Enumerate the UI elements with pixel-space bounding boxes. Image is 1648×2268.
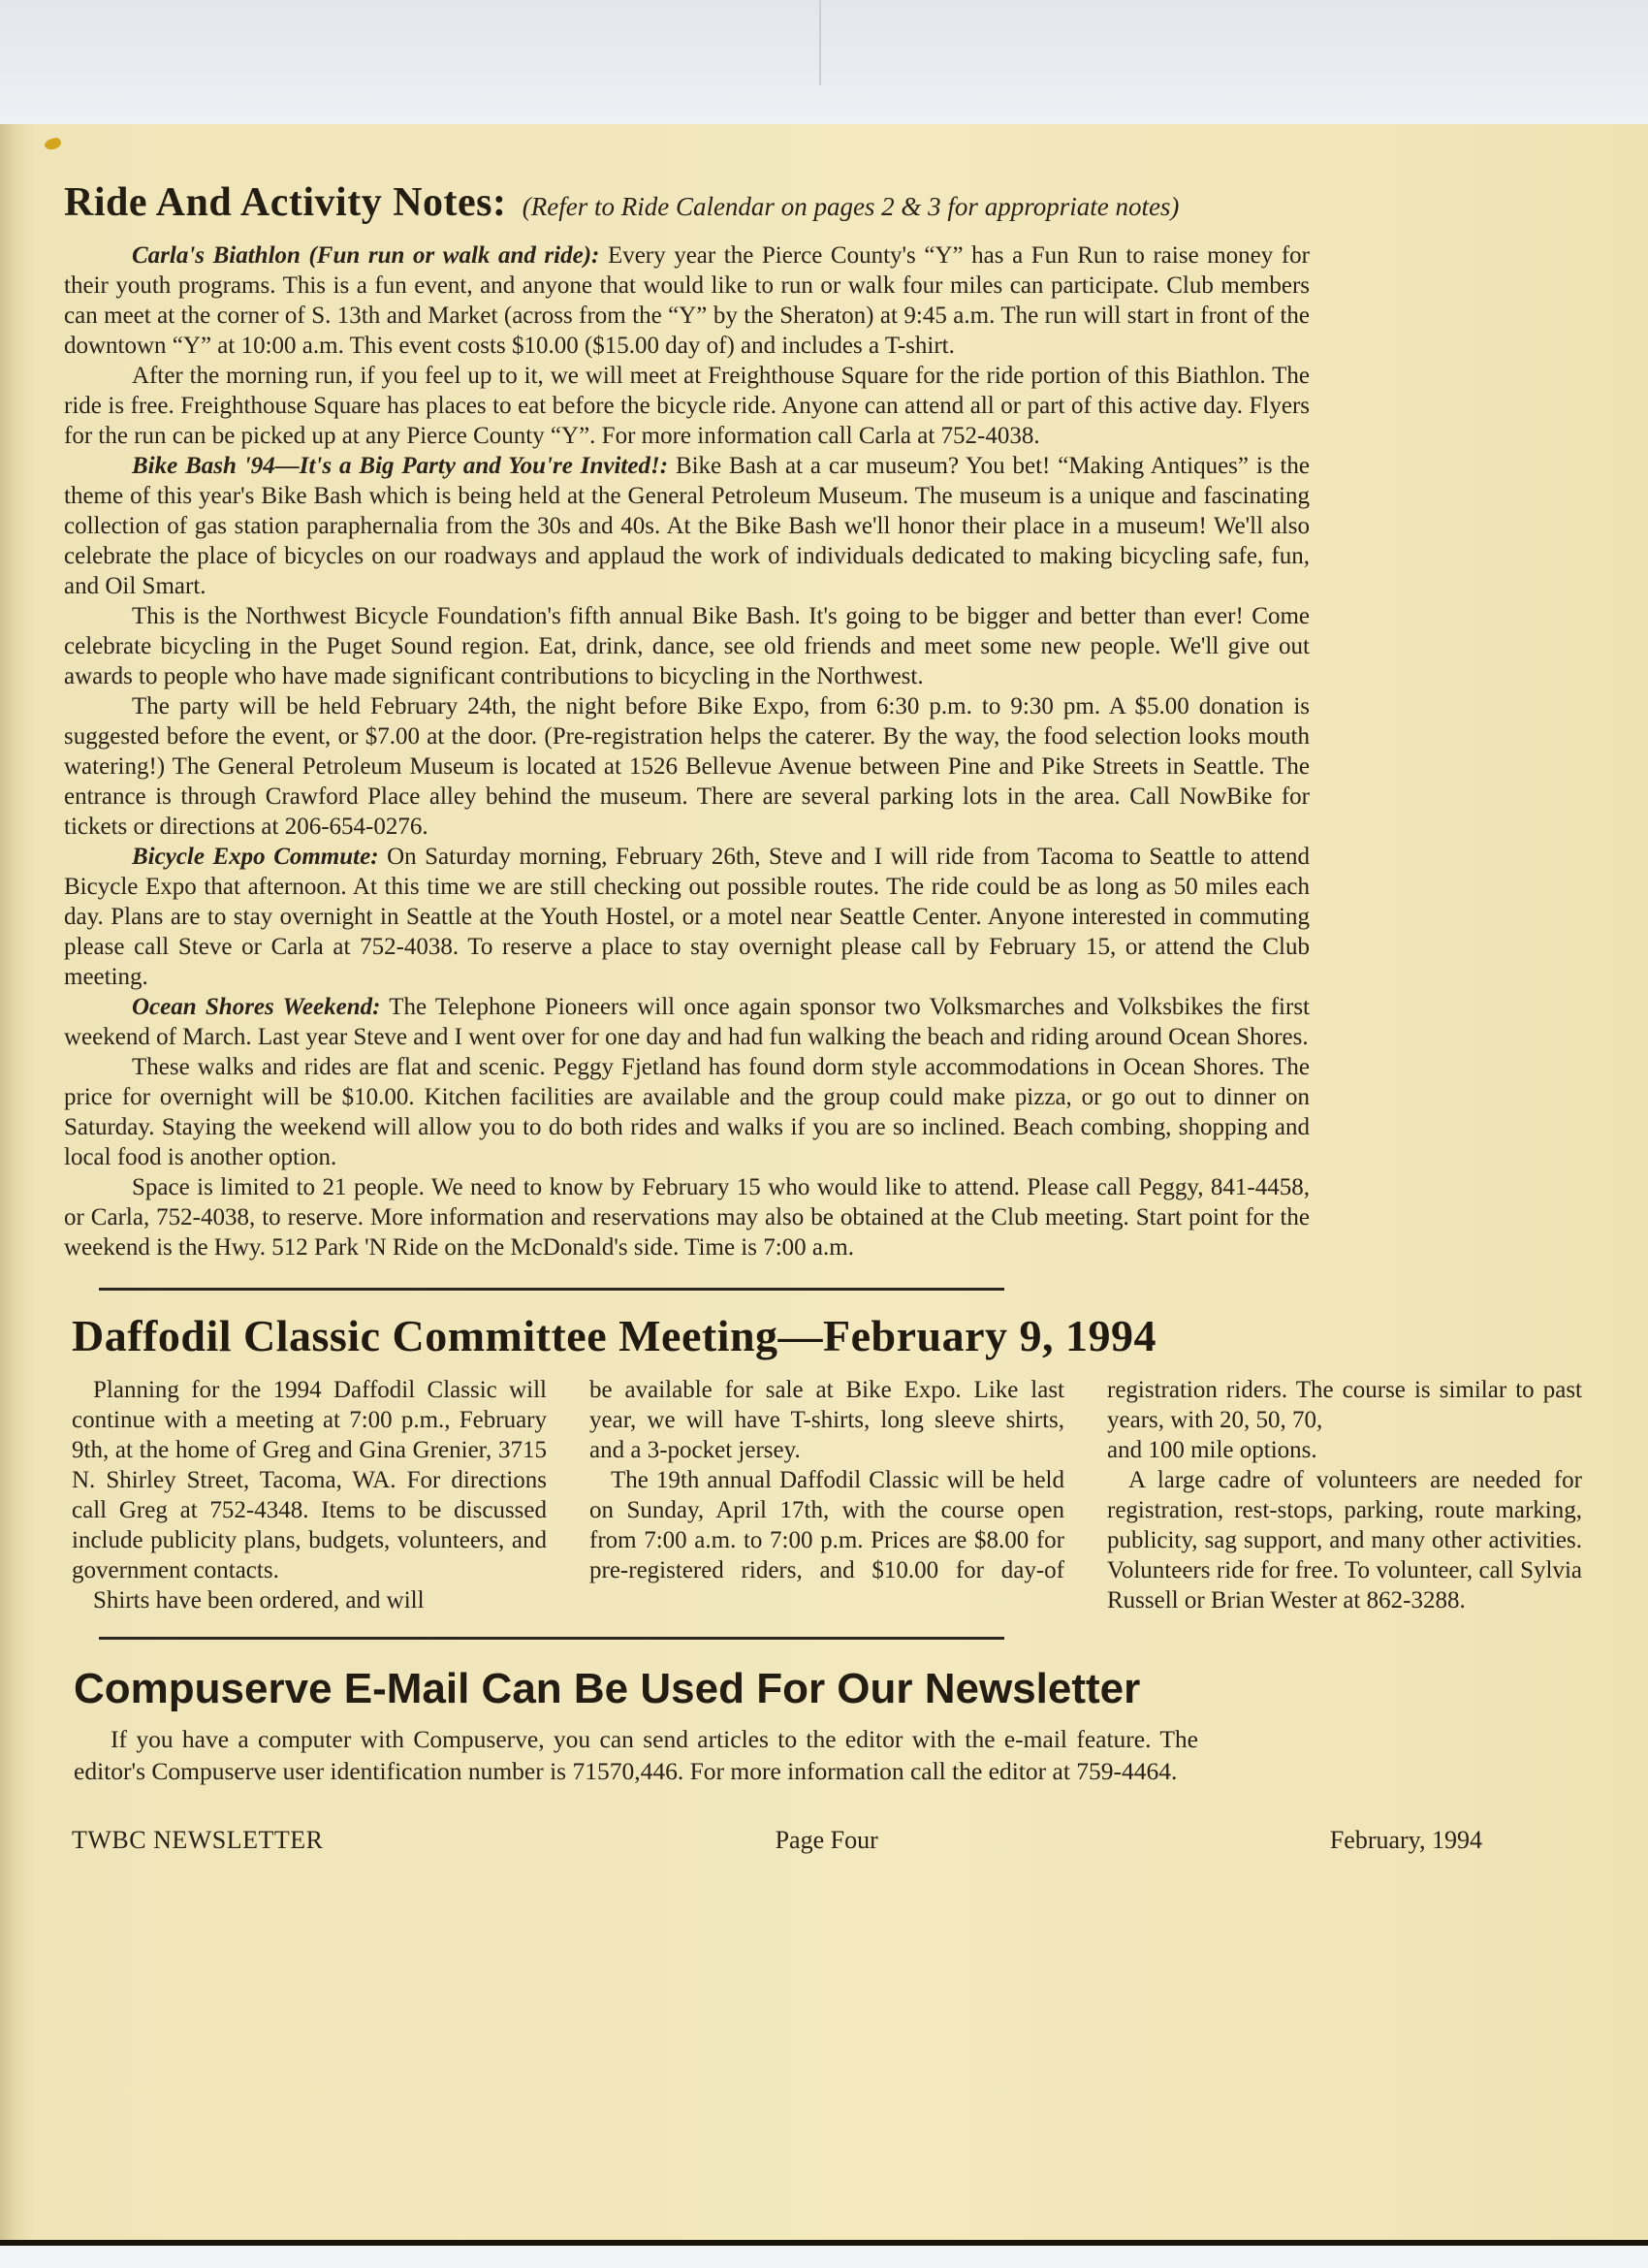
footer-newsletter-name: TWBC NEWSLETTER [72,1826,324,1855]
page-footer: TWBC NEWSLETTER Page Four February, 1994 [72,1826,1482,1855]
scanner-background [0,0,1648,124]
paragraph: Bicycle Expo Commute: On Saturday mornin… [64,842,1310,992]
scan-crease-artifact [819,0,821,85]
paragraph: After the morning run, if you feel up to… [64,361,1310,451]
daffodil-section: Daffodil Classic Committee Meeting—Febru… [72,1310,1582,1615]
footer-date: February, 1994 [1330,1826,1482,1855]
paragraph: Space is limited to 21 people. We need t… [64,1172,1310,1262]
ride-notes-heading-line: Ride And Activity Notes: (Refer to Ride … [64,178,1310,233]
column-paragraph: A large cadre of volunteers are needed f… [1107,1465,1582,1615]
column-paragraph: and 100 mile options. [1107,1435,1582,1465]
section-divider [99,1637,1004,1640]
daffodil-heading: Daffodil Classic Committee Meeting—Febru… [72,1310,1582,1361]
paragraph: Carla's Biathlon (Fun run or walk and ri… [64,240,1310,361]
column-paragraph: Planning for the 1994 Daffodil Classic w… [72,1375,547,1585]
column-paragraph: Shirts have been ordered, and will [72,1585,547,1615]
compuserve-body: If you have a computer with Compuserve, … [74,1723,1198,1787]
compuserve-heading: Compuserve E-Mail Can Be Used For Our Ne… [74,1665,1198,1713]
page-content: Ride And Activity Notes: (Refer to Ride … [0,124,1648,1855]
ride-notes-section: Ride And Activity Notes: (Refer to Ride … [64,178,1310,1262]
paragraph: This is the Northwest Bicycle Foundation… [64,601,1310,691]
paragraph: Ocean Shores Weekend: The Telephone Pion… [64,992,1310,1052]
footer-page-number: Page Four [776,1826,878,1855]
newsletter-page: Ride And Activity Notes: (Refer to Ride … [0,124,1648,2246]
page-title: Ride And Activity Notes: [64,180,507,225]
paragraph: The party will be held February 24th, th… [64,691,1310,842]
daffodil-columns: Planning for the 1994 Daffodil Classic w… [72,1375,1582,1615]
paragraph: These walks and rides are flat and sceni… [64,1052,1310,1172]
paragraph: Bike Bash '94—It's a Big Party and You'r… [64,451,1310,601]
column-paragraph: be available for sale at Bike Expo. Like… [589,1375,1064,1465]
section-divider [99,1288,1004,1291]
ride-notes-heading-note: (Refer to Ride Calendar on pages 2 & 3 f… [523,192,1180,221]
compuserve-section: Compuserve E-Mail Can Be Used For Our Ne… [74,1665,1198,1787]
